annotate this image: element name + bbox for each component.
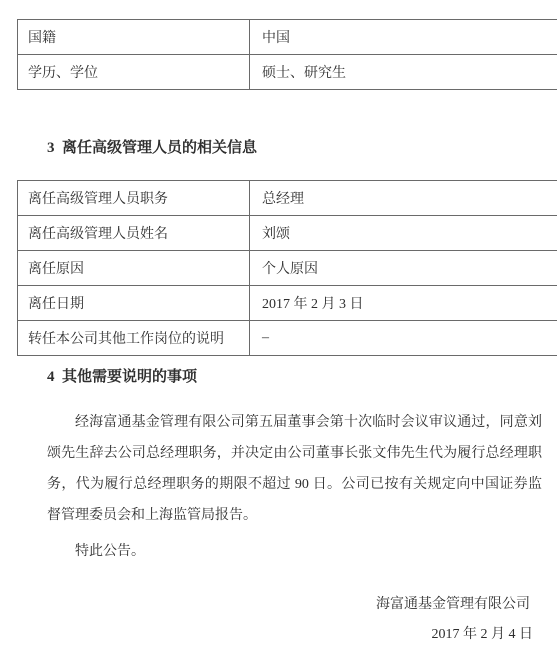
field-value-cell: 2017 年 2 月 3 日 xyxy=(250,286,557,320)
field-value-cell: – xyxy=(250,321,557,355)
table-row: 离任高级管理人员职务 总经理 xyxy=(18,181,557,216)
announcement-document: 国籍 中国 学历、学位 硕士、研究生 3 离任高级管理人员的相关信息 离任高级管… xyxy=(0,0,557,656)
field-value-cell: 总经理 xyxy=(250,181,557,215)
field-value-cell: 个人原因 xyxy=(250,251,557,285)
departure-info-table: 离任高级管理人员职务 总经理 离任高级管理人员姓名 刘颂 离任原因 个人原因 离… xyxy=(17,180,557,356)
section-4-paragraph: 经海富通基金管理有限公司第五届董事会第十次临时会议审议通过，同意刘颂先生辞去公司… xyxy=(47,407,542,531)
table-row: 离任日期 2017 年 2 月 3 日 xyxy=(18,286,557,321)
signature-date: 2017 年 2 月 4 日 xyxy=(432,626,534,644)
section-3-heading: 3 离任高级管理人员的相关信息 xyxy=(47,139,257,157)
closing-statement: 特此公告。 xyxy=(75,543,145,561)
field-value-cell: 硕士、研究生 xyxy=(250,55,557,89)
table-row: 离任高级管理人员姓名 刘颂 xyxy=(18,216,557,251)
field-label-cell: 学历、学位 xyxy=(18,55,250,89)
signature-company-name: 海富通基金管理有限公司 xyxy=(376,596,530,614)
table-row: 学历、学位 硕士、研究生 xyxy=(18,55,557,90)
section-4-heading: 4 其他需要说明的事项 xyxy=(47,368,197,386)
table-row: 国籍 中国 xyxy=(18,20,557,55)
field-label-cell: 转任本公司其他工作岗位的说明 xyxy=(18,321,250,355)
field-value-cell: 中国 xyxy=(250,20,557,54)
field-label-cell: 离任高级管理人员职务 xyxy=(18,181,250,215)
field-label-cell: 离任日期 xyxy=(18,286,250,320)
manager-profile-table: 国籍 中国 学历、学位 硕士、研究生 xyxy=(17,19,557,90)
field-label-cell: 离任原因 xyxy=(18,251,250,285)
field-label-cell: 离任高级管理人员姓名 xyxy=(18,216,250,250)
table-row: 转任本公司其他工作岗位的说明 – xyxy=(18,321,557,356)
table-row: 离任原因 个人原因 xyxy=(18,251,557,286)
field-value-cell: 刘颂 xyxy=(250,216,557,250)
field-label-cell: 国籍 xyxy=(18,20,250,54)
